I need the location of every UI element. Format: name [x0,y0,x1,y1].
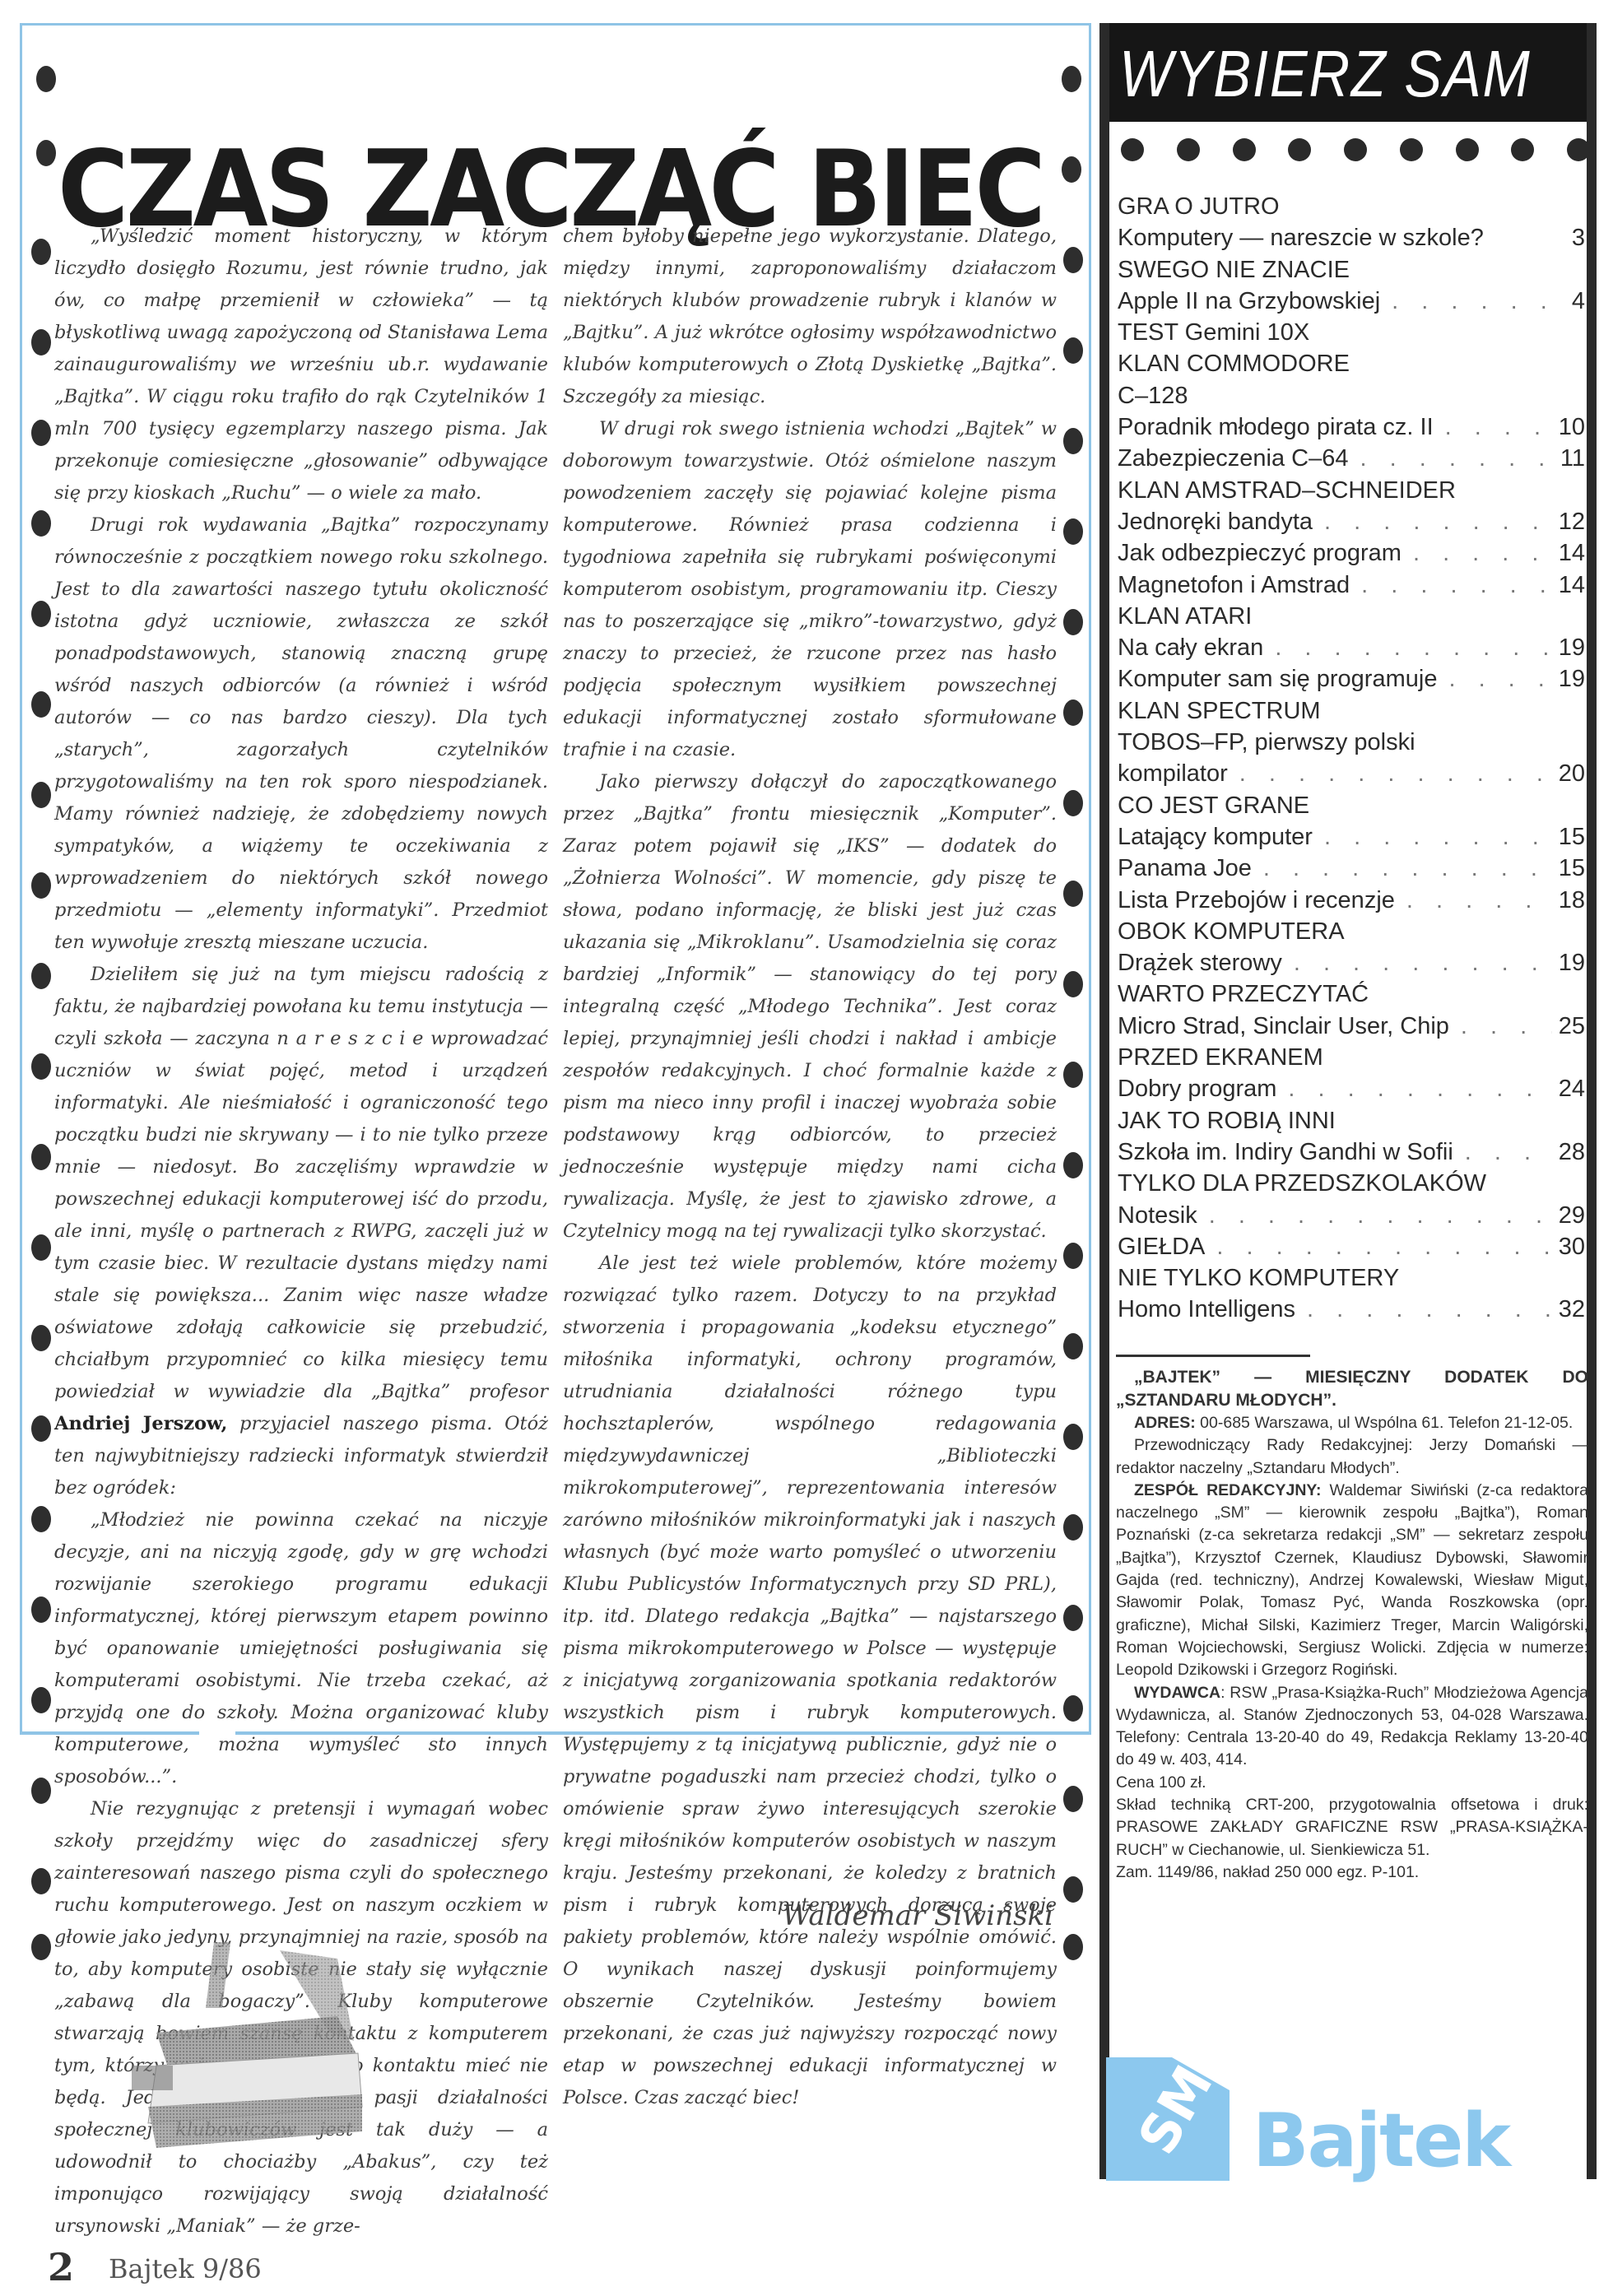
toc-entry[interactable]: Lista Przebojów i recenzje18 [1118,885,1585,916]
toc-section-heading[interactable]: TEST Gemini 10X [1118,317,1585,348]
binder-hole-icon [1062,156,1081,183]
toc-label: Micro Strad, Sinclair User, Chip [1118,1011,1449,1042]
toc-page [1578,254,1585,286]
toc-page [1578,475,1585,506]
printer-illustration [123,1942,387,2156]
toc-label: Notesik [1118,1200,1197,1231]
team-text: Waldemar Siwiński (z-ca redaktora naczel… [1116,1481,1588,1679]
toc-label: Zabezpieczenia C–64 [1118,443,1349,474]
colophon-divider [1116,1355,1310,1357]
colophon-publisher: WYDAWCA: RSW „Prasa-Książka-Ruch” Młodzi… [1116,1682,1588,1772]
dot-icon [1177,138,1200,161]
paragraph-text: Dzieliłem się już na tym miejscu radości… [54,964,548,1402]
toc-page [1578,1262,1585,1294]
toc-label: PRZED EKRANEM [1118,1042,1323,1073]
toc-page [1578,1168,1585,1199]
binder-hole-icon [1062,66,1081,92]
binder-hole-icon [1063,971,1083,997]
toc-label: OBOK KOMPUTERA [1118,916,1345,947]
binder-hole-icon [1063,1695,1083,1722]
publisher-label: WYDAWCA [1134,1684,1220,1702]
toc-label: NIE TYLKO KOMPUTERY [1118,1262,1399,1294]
binder-hole-icon [31,1778,51,1804]
toc-page: 20 [1552,758,1585,789]
leader-dots [1401,537,1552,569]
sm-logo-icon: SM [1106,2057,1230,2181]
toc-label: Komputery — nareszcie w szkole? [1118,222,1484,253]
toc-page [1578,916,1585,947]
leader-dots [1282,947,1552,978]
dot-icon [1400,138,1423,161]
toc-page [1578,790,1585,821]
binder-hole-icon [1063,1243,1083,1269]
leader-dots [1263,632,1551,663]
toc-label: Dobry program [1118,1073,1276,1104]
leader-dots [1395,885,1552,916]
toc-page: 32 [1552,1294,1585,1325]
toc-entry[interactable]: Drążek sterowy19 [1118,947,1585,978]
toc-entry[interactable]: Magnetofon i Amstrad14 [1118,569,1585,601]
toc-label: Latający komputer [1118,821,1313,853]
binder-hole-icon [31,1934,51,1960]
binder-hole-icon [31,1234,51,1261]
toc-label: SWEGO NIE ZNACIE [1118,254,1350,286]
toc-page [1578,727,1585,758]
toc-label: Jednoręki bandyta [1118,506,1313,537]
leader-dots [1197,1200,1552,1231]
toc-section-heading[interactable]: TYLKO DLA PRZEDSZKOLAKÓW [1118,1168,1585,1199]
toc-page [1578,348,1585,379]
toc-section-heading[interactable]: C–128 [1118,380,1585,411]
toc-entry[interactable]: Komputery — nareszcie w szkole?3 [1118,222,1585,253]
toc-entry[interactable]: Latający komputer15 [1118,821,1585,853]
article-paragraph: W drugi rok swego istnienia wchodzi „Baj… [563,413,1057,766]
toc-section-heading[interactable]: JAK TO ROBIĄ INNI [1118,1105,1585,1136]
leader-dots [1350,569,1552,601]
leader-dots [1434,411,1552,443]
toc-section-heading[interactable]: KLAN SPECTRUM [1118,695,1585,727]
colophon-print: Skład techniką CRT-200, przygotowalnia o… [1116,1794,1588,1861]
toc-label: Poradnik młodego pirata cz. II [1118,411,1434,443]
article-column-right: chem byłoby niepełne jego wykorzystanie.… [563,221,1057,2114]
toc-page [1578,317,1585,348]
toc-page [1578,191,1585,222]
binder-hole-icon [31,601,51,627]
article-paragraph: Dzieliłem się już na tym miejscu radości… [54,959,548,1504]
toc-page: 14 [1552,537,1585,569]
binder-hole-icon [1063,1062,1083,1088]
binder-hole-icon [31,420,51,446]
toc-entry[interactable]: Apple II na Grzybowskiej4 [1118,286,1585,317]
toc-label: JAK TO ROBIĄ INNI [1118,1105,1336,1136]
toc-section-heading[interactable]: SWEGO NIE ZNACIE [1118,254,1585,286]
toc-section-heading[interactable]: NIE TYLKO KOMPUTERY [1118,1262,1585,1294]
toc-label: Panama Joe [1118,853,1252,884]
toc-entry[interactable]: Homo Intelligens32 [1118,1294,1585,1325]
binder-hole-icon [1063,1934,1083,1960]
binder-hole-icon [31,782,51,808]
sidebar-dot-row [1121,138,1590,163]
dot-icon [1344,138,1367,161]
toc-page: 3 [1565,222,1585,253]
binder-hole-icon [31,1868,51,1894]
toc-page: 10 [1552,411,1585,443]
article-paragraph: Jako pierwszy dołączył do zapoczątkowane… [563,766,1057,1248]
toc-label: Drążek sterowy [1118,947,1282,978]
toc-page: 25 [1552,1011,1585,1042]
binder-hole-icon [31,1325,51,1351]
toc-entry[interactable]: Komputer sam się programuje19 [1118,663,1585,695]
toc-label: Na cały ekran [1118,632,1263,663]
toc-entry[interactable]: Micro Strad, Sinclair User, Chip25 [1118,1011,1585,1042]
toc-section-heading[interactable]: GRA O JUTRO [1118,191,1585,222]
dot-icon [1567,138,1590,161]
toc-entry[interactable]: Jednoręki bandyta12 [1118,506,1585,537]
leader-dots [1252,853,1552,884]
toc-entry[interactable]: GIEŁDA30 [1118,1231,1585,1262]
toc-page: 19 [1552,632,1585,663]
toc-section-heading[interactable]: KLAN AMSTRAD–SCHNEIDER [1118,475,1585,506]
binder-hole-icon [1063,1786,1083,1812]
toc-label: CO JEST GRANE [1118,790,1309,821]
address-text: 00-685 Warszawa, ul Wspólna 61. Telefon … [1196,1414,1573,1432]
toc-label: KLAN ATARI [1118,601,1252,632]
article-paragraph: Ale jest też wiele problemów, które może… [563,1248,1057,2114]
binder-hole-icon [1063,1152,1083,1178]
toc-label: WARTO PRZECZYTAĆ [1118,978,1369,1010]
leader-dots [1295,1294,1552,1325]
toc-page: 30 [1552,1231,1585,1262]
dot-icon [1121,138,1144,161]
toc-label: KLAN SPECTRUM [1118,695,1321,727]
binder-hole-icon [31,1415,51,1442]
sidebar-title: WYBIERZ SAM [1119,33,1516,115]
binder-hole-icon [1063,1514,1083,1541]
binder-hole-icon [1063,1333,1083,1359]
leader-dots [1437,663,1551,695]
binder-hole-icon [1063,609,1083,635]
binder-hole-icon [1063,790,1083,816]
toc-label: Jak odbezpieczyć program [1118,537,1401,569]
article-column-left: „Wyśledzić moment historyczny, w którym … [54,221,548,2243]
toc-section-heading[interactable]: OBOK KOMPUTERA [1118,916,1585,947]
binder-hole-icon [1063,881,1083,907]
toc-page: 24 [1552,1073,1585,1104]
toc-page: 11 [1554,443,1585,474]
toc-label: C–128 [1118,380,1188,411]
binder-hole-icon [1063,247,1083,273]
leader-dots [1228,758,1552,789]
leader-dots [1276,1073,1551,1104]
toc-label: Apple II na Grzybowskiej [1118,286,1380,317]
team-label: ZESPÓŁ REDAKCYJNY: [1134,1481,1321,1499]
dot-icon [1511,138,1534,161]
toc-label: Homo Intelligens [1118,1294,1295,1325]
toc-page [1578,1042,1585,1073]
binder-hole-icon [1063,337,1083,364]
colophon-team: ZESPÓŁ REDAKCYJNY: Waldemar Siwiński (z-… [1116,1480,1588,1682]
toc-label: GIEŁDA [1118,1231,1205,1262]
toc-page: 28 [1552,1136,1585,1168]
toc-entry[interactable]: Panama Joe15 [1118,853,1585,884]
colophon-address: ADRES: 00-685 Warszawa, ul Wspólna 61. T… [1116,1412,1588,1434]
colophon-lead: „BAJTEK” — MIESIĘCZNY DODATEK DO „SZTAND… [1116,1366,1588,1412]
article-paragraph: „Wyśledzić moment historyczny, w którym … [54,221,548,509]
binder-hole-icon [36,66,56,92]
leader-dots [1349,443,1554,474]
toc-page: 14 [1552,569,1585,601]
toc-page: 29 [1552,1200,1585,1231]
toc-entry[interactable]: Notesik29 [1118,1200,1585,1231]
address-label: ADRES: [1134,1414,1196,1432]
binder-hole-icon [1063,699,1083,726]
leader-dots [1205,1231,1551,1262]
article-quote: „Młodzież nie powinna czekać na niczyje … [54,1504,548,1793]
toc-page: 12 [1552,506,1585,537]
toc-page [1578,695,1585,727]
toc-label: KLAN COMMODORE [1118,348,1350,379]
binder-hole-icon [31,239,51,265]
toc-section-heading[interactable]: PRZED EKRANEM [1118,1042,1585,1073]
issue-label: Bajtek 9/86 [109,2253,262,2284]
dot-icon [1233,138,1256,161]
toc-page: 4 [1565,286,1585,317]
binder-hole-icon [31,963,51,989]
toc-page: 18 [1552,885,1585,916]
binder-hole-icon [31,1687,51,1713]
dot-icon [1288,138,1311,161]
toc-entry[interactable]: TOBOS–FP, pierwszy polski [1118,727,1585,758]
bajtek-logo: Bajtek [1253,2100,1509,2182]
colophon: „BAJTEK” — MIESIĘCZNY DODATEK DO „SZTAND… [1116,1366,1588,1884]
article-paragraph: Drugi rok wydawania „Bajtka” rozpoczynam… [54,509,548,959]
toc-page: 15 [1552,853,1585,884]
dot-icon [1456,138,1479,161]
toc-section-heading[interactable]: WARTO PRZECZYTAĆ [1118,978,1585,1010]
toc-label: Komputer sam się programuje [1118,663,1437,695]
binder-hole-icon [31,510,51,537]
leader-dots [1449,1011,1552,1042]
binder-hole-icon [31,1506,51,1532]
leader-dots [1380,286,1565,317]
toc-entry[interactable]: Jak odbezpieczyć program14 [1118,537,1585,569]
toc-entry[interactable]: Poradnik młodego pirata cz. II10 [1118,411,1585,443]
colophon-chairman: Przewodniczący Rady Redakcyjnej: Jerzy D… [1116,1434,1588,1480]
professor-name: Andriej Jerszow, [54,1413,227,1434]
binder-hole-icon [1063,1876,1083,1903]
toc-entry[interactable]: kompilator20 [1118,758,1585,789]
toc-entry[interactable]: Na cały ekran19 [1118,632,1585,663]
toc-entry[interactable]: Szkoła im. Indiry Gandhi w Sofii28 [1118,1136,1585,1168]
toc-page: 19 [1552,947,1585,978]
toc-section-heading[interactable]: KLAN COMMODORE [1118,348,1585,379]
author-signature: Waldemar Siwiński [741,1899,1053,1932]
colophon-price: Cena 100 zł. [1116,1772,1588,1794]
toc-page: 15 [1552,821,1585,853]
binder-hole-icon [31,329,51,356]
binder-hole-icon [31,1053,51,1080]
toc-label: TEST Gemini 10X [1118,317,1309,348]
toc-page [1578,1105,1585,1136]
binder-hole-icon [1063,518,1083,545]
binder-hole-icon [31,1597,51,1623]
toc-label: Magnetofon i Amstrad [1118,569,1350,601]
toc-label: Lista Przebojów i recenzje [1118,885,1395,916]
binder-hole-icon [1063,1424,1083,1450]
binder-hole-icon [1063,428,1083,454]
page-number: 2 [48,2245,74,2289]
toc-label: KLAN AMSTRAD–SCHNEIDER [1118,475,1456,506]
toc-section-heading[interactable]: KLAN ATARI [1118,601,1585,632]
toc-page [1578,978,1585,1010]
binder-hole-icon [31,872,51,899]
toc-label: kompilator [1118,758,1228,789]
binder-hole-icon [1063,1605,1083,1631]
toc-label: Szkoła im. Indiry Gandhi w Sofii [1118,1136,1453,1168]
binder-hole-icon [36,140,56,166]
toc-page: 19 [1552,663,1585,695]
article-paragraph: chem byłoby niepełne jego wykorzystanie.… [563,221,1057,413]
leader-dots [1313,506,1552,537]
table-of-contents: GRA O JUTRO Komputery — nareszcie w szko… [1118,191,1585,1326]
toc-entry[interactable]: Zabezpieczenia C–6411 [1118,443,1585,474]
toc-section-heading[interactable]: CO JEST GRANE [1118,790,1585,821]
toc-label: GRA O JUTRO [1118,191,1280,222]
colophon-order: Zam. 1149/86, nakład 250 000 egz. P-101. [1116,1861,1588,1884]
toc-page [1578,601,1585,632]
toc-entry[interactable]: Dobry program24 [1118,1073,1585,1104]
leader-dots [1453,1136,1552,1168]
toc-page [1578,380,1585,411]
binder-hole-icon [31,1144,51,1170]
toc-label: TYLKO DLA PRZEDSZKOLAKÓW [1118,1168,1486,1199]
leader-dots [1313,821,1552,853]
binder-hole-icon [31,691,51,718]
toc-label: TOBOS–FP, pierwszy polski [1118,727,1415,758]
